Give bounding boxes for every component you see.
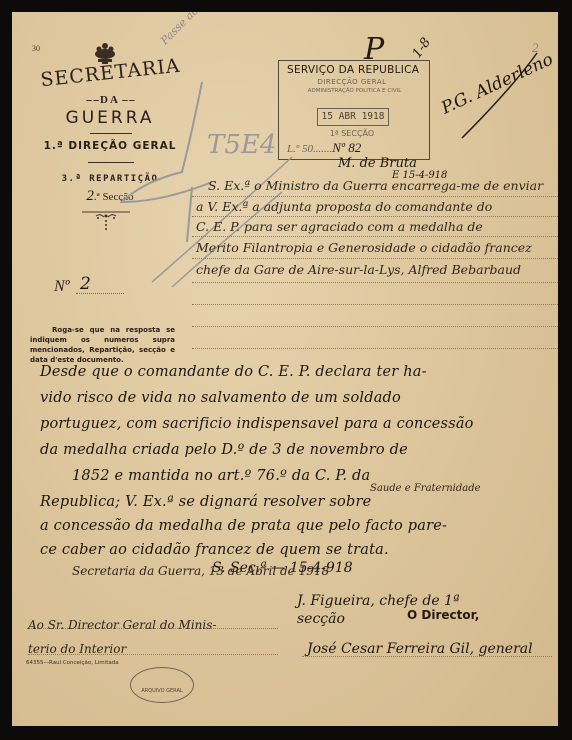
director-label: O Director, (407, 608, 479, 622)
addressee-line-2: terio do Interior (28, 642, 126, 656)
signature-stroke (452, 48, 552, 148)
top-right-date: 1-8 (410, 35, 434, 61)
reply-instructions: Roga-se que na resposta se indiquem os n… (30, 325, 175, 365)
archive-stamp-text: ARQUIVO GERAL (136, 688, 188, 694)
archive-mark: 30 (32, 44, 40, 53)
body-line-5: chefe da Gare de Aire-sur-la-Lys, Alfred… (196, 262, 521, 277)
printer-imprint: 64355—Raul Conceição, Limitada (26, 660, 119, 666)
ruled-line (192, 258, 558, 259)
body-line-1: S. Ex.ª o Ministro da Guerra encarrega-m… (208, 178, 543, 193)
ruled-line (192, 216, 558, 217)
stamp-header: SERVIÇO DA REPUBLICA (287, 64, 419, 76)
page-number: 2 (532, 40, 539, 56)
minute-line-5: 1852 e mantida no art.º 76.º da C. P. da (72, 468, 370, 484)
minute-line-3: portuguez, com sacrificio indispensavel … (40, 416, 474, 432)
ruled-line (192, 348, 558, 349)
stamp-administration: ADMINISTRAÇÃO POLITICA E CIVIL (287, 88, 422, 94)
minute-line-1: Desde que o comandante do C. E. P. decla… (40, 364, 427, 380)
initials-mark: P (364, 32, 384, 67)
document-page: 30 SECRETARIA -- -- DA -- -- GUERRA 1.ª … (12, 12, 558, 726)
stamp-date: 15 ABR 1918 (317, 108, 389, 126)
addressee-line-1: Ao Sr. Director Geral do Minis- (28, 618, 216, 632)
stamp-section: 1ª SECÇÃO (312, 129, 392, 138)
minute-line-8: ce caber ao cidadão francez de quem se t… (40, 542, 389, 558)
stamp-direction: DIRECÇÃO GERAL (292, 78, 412, 86)
archive-oval-stamp (130, 667, 194, 703)
ruled-line (192, 196, 558, 197)
minute-line-4: da medalha criada pelo D.º de 3 de novem… (40, 442, 408, 458)
pencil-note: Passe ao oficio (158, 12, 225, 47)
minute-line-7: a concessão da medalha de prata que pelo… (40, 518, 447, 534)
ruled-line (192, 282, 558, 283)
place-date: Secretaria da Guerra, 13 de Abril de 191… (72, 564, 329, 578)
salutation: Saude e Fraternidade (370, 483, 481, 494)
minute-line-2: vido risco de vida no salvamento de um s… (40, 390, 401, 406)
body-line-4: Merito Filantropia e Generosidade o cida… (196, 240, 532, 255)
ruled-line (192, 326, 558, 327)
margin-note: M. de Bruta (338, 156, 417, 171)
reference-number-line (76, 293, 124, 294)
body-line-3: C. E. P. para ser agraciado com a medalh… (196, 219, 483, 234)
ruled-line (192, 304, 558, 305)
general-signature: José Cesar Ferreira Gil, general (307, 638, 533, 660)
minute-line-6: Republica; V. Ex.ª se dignará resolver s… (40, 494, 371, 510)
ruled-line (192, 236, 558, 237)
body-line-2: a V. Ex.ª a adjunta proposta do comandan… (196, 199, 492, 214)
